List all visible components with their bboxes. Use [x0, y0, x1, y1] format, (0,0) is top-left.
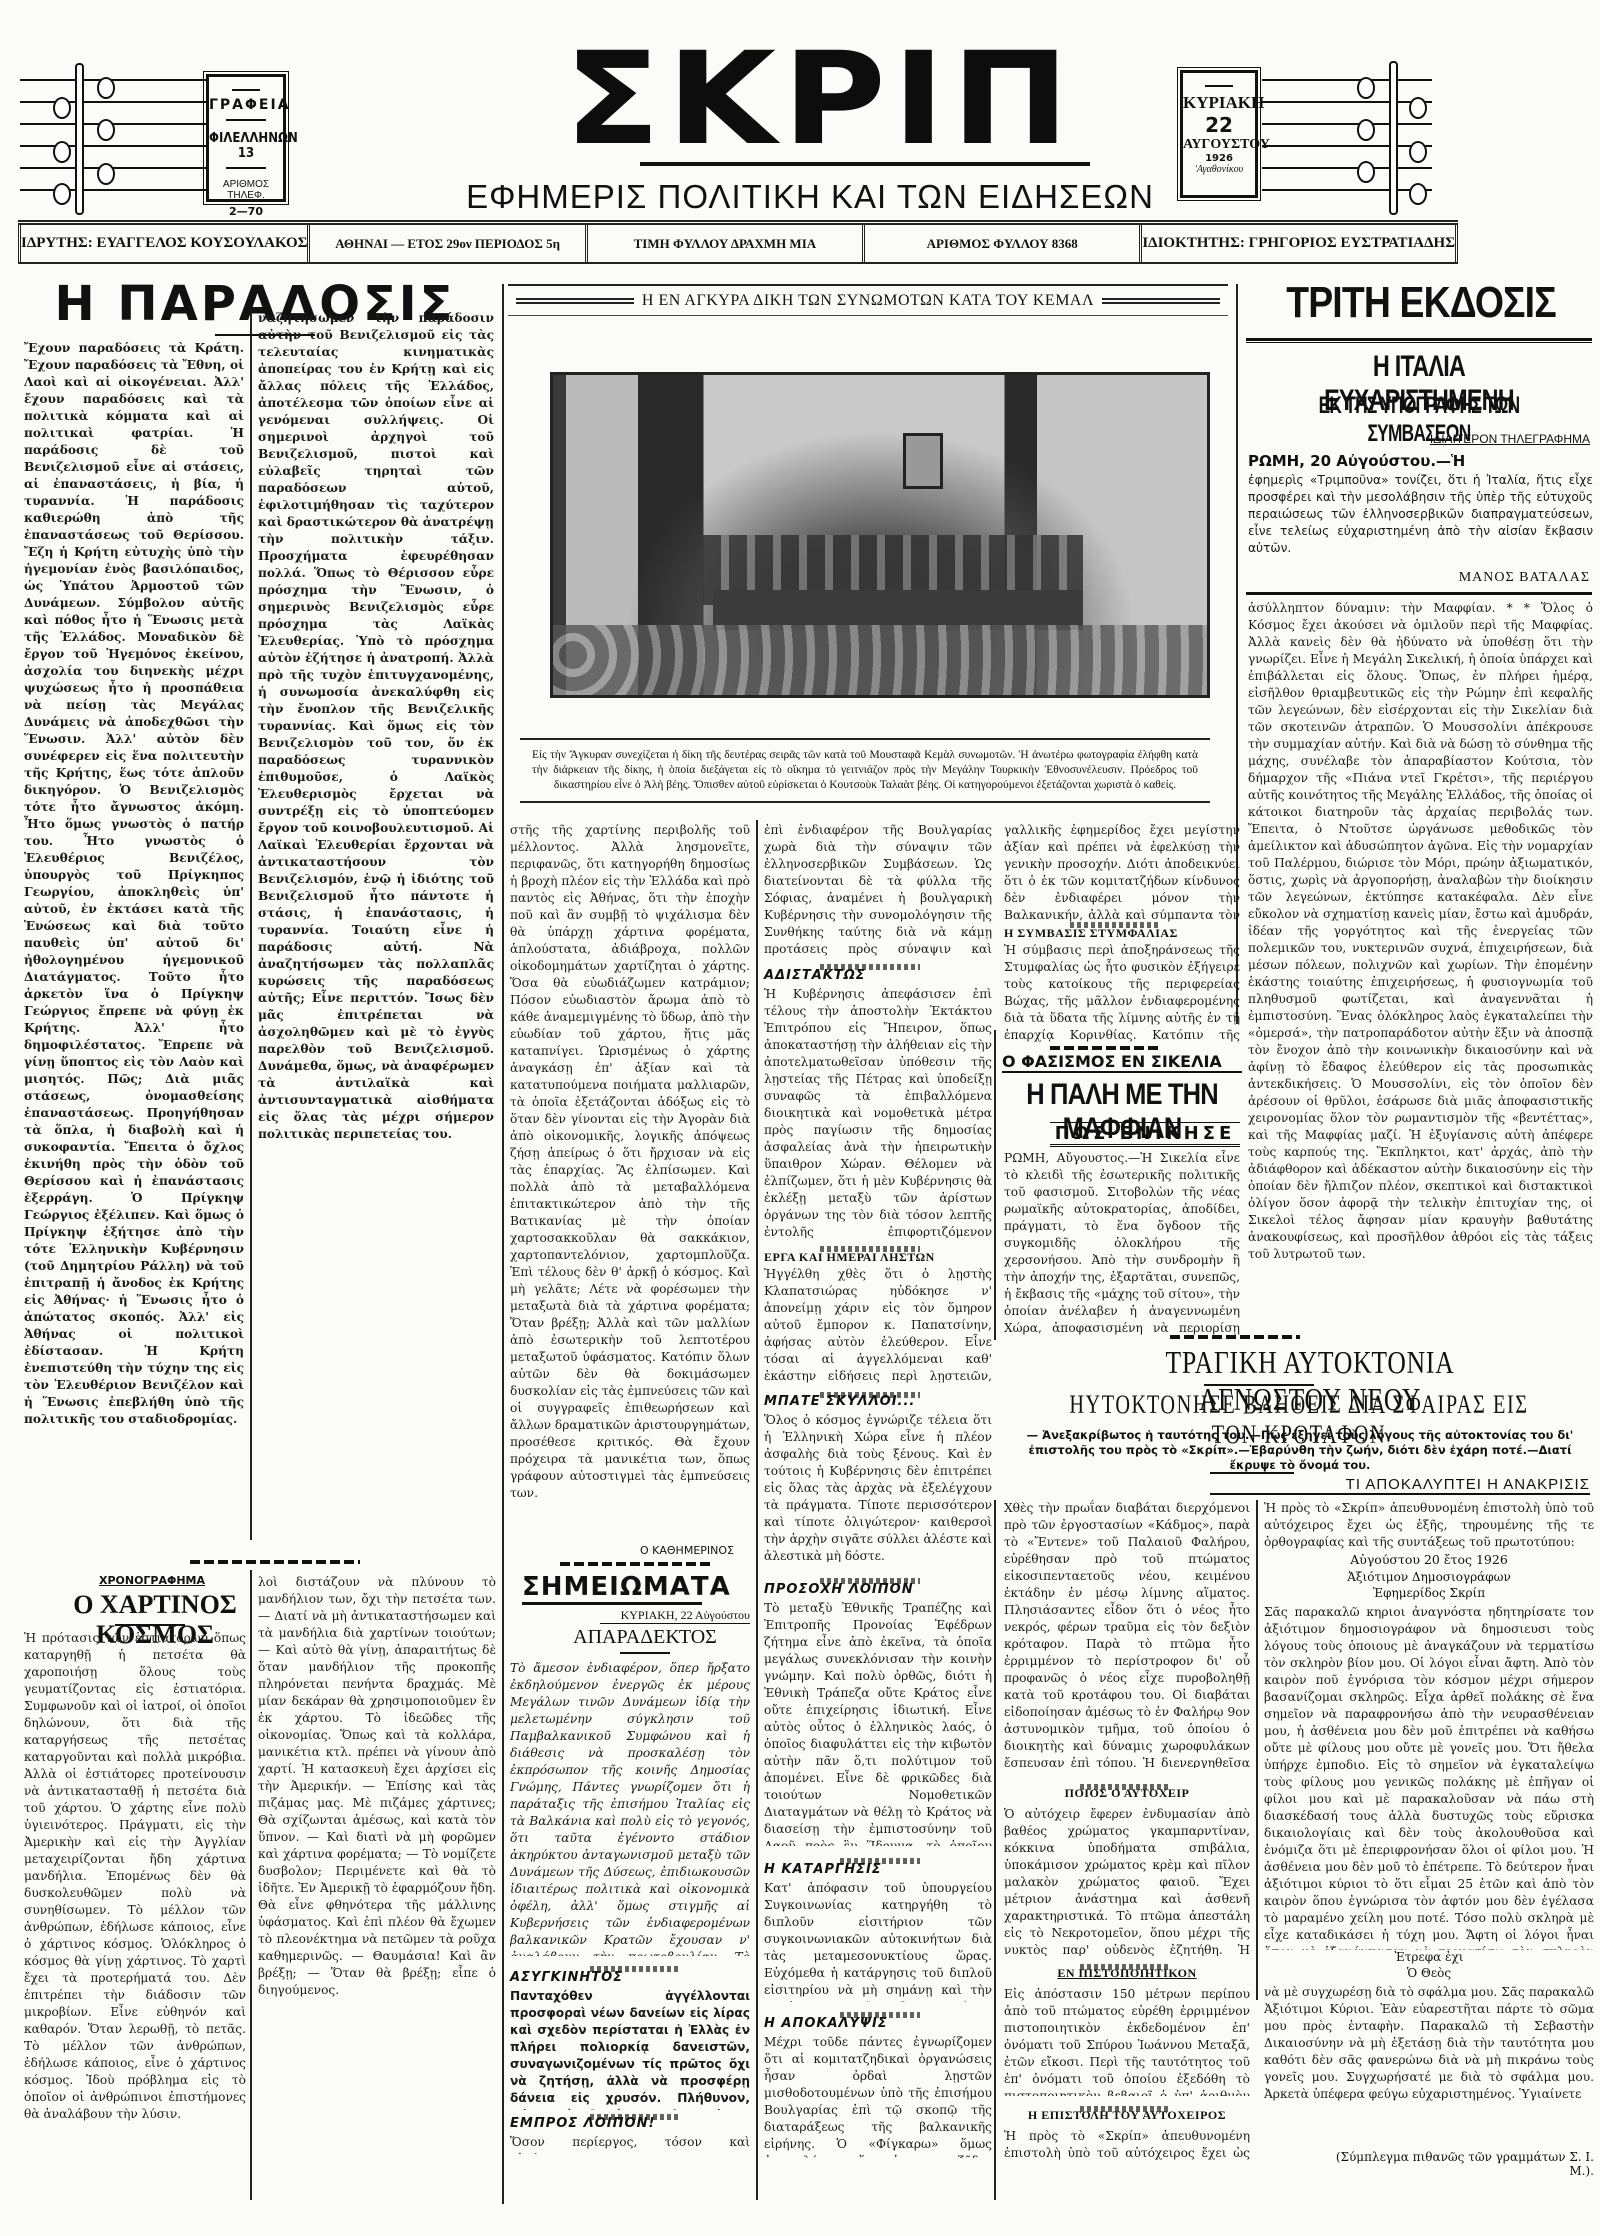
apokalypsis-body: Μέχρι τοῦδε πάντες ἐγνωρίζομεν ὅτι αἱ κο…: [764, 2034, 992, 2158]
paradosis-column-2: ναζητήσωμεν τὴν παράδοσιν αὐτὴν τοῦ Βενι…: [258, 310, 494, 1540]
courtroom-photo: [550, 372, 1210, 698]
stymfalia-body: Ἡ σύμβασις περὶ ἀποξηράνσεως τῆς Στυμφαλ…: [1004, 942, 1240, 1042]
ornament-divider: [1170, 1335, 1300, 1339]
newspaper-title: ΣΚΡΙΠ: [534, 40, 1106, 160]
subhead-forward-then: ΕΜΠΡΟΣ ΛΟΙΠΟΝ!: [510, 2116, 750, 2131]
subhead-investigation: ΤΙ ΑΠΟΚΑΛΥΠΤΕΙ Η ΑΝΑΚΡΙΣΙΣ: [1210, 1476, 1590, 1495]
adistaktos-body: Ἡ Κυβέρνησις ἀπεφάσισεν ἐπὶ τέλους τὴν ἀ…: [764, 986, 992, 1238]
subhead-erga-imerai: ΕΡΓΑ ΚΑΙ ΗΜΕΡΑΙ ΛΗΣΤΩΝ: [764, 1250, 992, 1265]
rome-dateline: ΡΩΜΗ, 20 Αὐγούστου.—Ἡ: [1248, 452, 1593, 470]
letter-intro-start: Ἡ πρὸς τὸ «Σκρίπ» ἀπευθυνομένη ἐπιστολὴ …: [1004, 2128, 1250, 2162]
letter-closing-2: Ὁ Θεὸς: [1264, 1966, 1594, 1980]
unacceptable-body: Τὸ ἄμεσον ἐνδιαφέρον, ὅπερ ἤρξατο ἐκδηλο…: [510, 1660, 750, 1956]
column-rule: [502, 284, 504, 2204]
telegram-kicker: ΙΔΙΑΙΤΕΡΟΝ ΤΗΛΕΓΡΑΦΗΜΑ: [1330, 432, 1590, 446]
suicide-deck: — Ἀνεξακρίβωτος ἡ ταυτότης του.—Πῶς ἐξηγ…: [1010, 1428, 1590, 1473]
notes-dateline: ΚΥΡΙΑΚΗ, 22 Αὐγούστου: [600, 1608, 750, 1624]
founder: ΙΔΡΥΤΗΣ: ΕΥΑΓΓΕΛΟΣ ΚΟΥΣΟΥΛΑΚΟΣ: [18, 225, 310, 262]
subhead-how-he-won: ΠΩΣ ΕΝΙΚΗΣΕ: [1050, 1122, 1240, 1147]
section-notes: ΣΗΜΕΙΩΜΑΤΑ: [522, 1572, 702, 1605]
paradosis-column-1: Ἔχουν παραδόσεις τὰ Κράτη. Ἔχουν παραδόσ…: [24, 340, 244, 1540]
mafia-continuation: ἀσύλληπτον δύναμιν: τὴν Μαφφίαν. * * Ὅλο…: [1248, 600, 1593, 1380]
letter-address-2: Ἐφημερίδος Σκρίπ: [1264, 1586, 1594, 1600]
bulgaria-intro: ἐπὶ ἐνδιαφέρον τῆς Βουλγαρίας χωρὰ διὰ τ…: [764, 822, 992, 958]
phone-label: ΑΡΙΘΜΟΣ ΤΗΛΕΦ.: [209, 179, 283, 201]
ornament-divider: [1050, 1046, 1160, 1050]
forward-then-body: Ὅσον περίεργος, τόσον καὶ εὐχάριστος: [510, 2134, 750, 2154]
column-rule: [756, 820, 758, 2200]
masthead-info-bar: ΙΔΡΥΤΗΣ: ΕΥΑΓΓΕΛΟΣ ΚΟΥΣΟΥΛΑΚΟΣ ΑΘΗΝΑΙ — …: [18, 220, 1458, 264]
fascism-body: ΡΩΜΗ, Αὔγουστος.—Ἡ Σικελία εἶνε τὸ κλειδ…: [1004, 1150, 1240, 1338]
column-rule: [250, 310, 252, 1540]
letter-date: Αὐγούστου 20 ἔτος 1926: [1264, 1552, 1594, 1567]
subhead-stymfalia: Η ΣΥΜΒΑΣΙΣ ΣΤΥΜΦΑΛΙΑΣ: [1004, 926, 1240, 941]
column-rule: [250, 1570, 252, 2200]
photo-feature-headline-bar: Η ΕΝ ΑΓΚΥΡΑ ΔΙΚΗ ΤΩΝ ΣΥΝΩΜΟΤΩΝ ΚΑΤΑ ΤΟΥ …: [508, 284, 1228, 316]
telegraph-pole-right-illustration: [1262, 58, 1452, 218]
headline-rule: [620, 1652, 670, 1654]
bulgaria-continuation: γαλλικῆς ἐφημερίδος ἔχει μεγίστην ἀξίαν …: [1004, 822, 1240, 922]
weekday: ΚΥΡΙΑΚΗ: [1183, 93, 1255, 113]
letter-ending: νὰ μὲ συγχωρέσῃ διὰ τὸ σφάλμα μου. Σᾶς π…: [1264, 1984, 1594, 2146]
subhead-mpate-skylloi: ΜΠΑΤΕ ΣΚΥΛΛΟΙ...: [764, 1394, 992, 1409]
wall-portrait: [903, 433, 943, 489]
katargisis-body: Κατ' ἀπόφασιν τοῦ ὑπουργείου Συγκοινωνία…: [764, 1880, 992, 2002]
fascism-kicker: Ο ΦΑΣΙΣΜΟΣ ΕΝ ΣΙΚΕΛΙΑ: [1002, 1052, 1242, 1073]
subhead-prosochi-loipon: ΠΡΟΣΟΧΗ ΛΟΙΠΟΝ: [764, 1582, 992, 1597]
court-bench: [713, 590, 1083, 630]
mpate-skylloi-body: Ὅλος ὁ κόσμος ἐγνώριζε τέλεια ὅτι ἡ Ἑλλη…: [764, 1412, 992, 1562]
subhead-adistaktos: ΑΔΙΣΤΑΚΤΩΣ: [764, 968, 992, 983]
issue-number: ΑΡΙΘΜΟΣ ΦΥΛΛΟΥ 8368: [865, 225, 1142, 262]
year: 1926: [1183, 153, 1255, 164]
certificate-body: Εἰς ἀπόστασιν 150 μέτρων περίπου ἀπὸ τοῦ…: [1004, 1986, 1250, 2096]
letter-closing-1: Ἐτρεφα ἐχι: [1264, 1950, 1594, 1964]
audience-figures: [553, 625, 1207, 695]
column-rule: [1256, 1500, 1258, 2000]
name-day: 'Αγαθονίκου: [1183, 164, 1255, 175]
ornament-divider: [560, 1562, 710, 1566]
letter-body: Σᾶς παρακαλῶ κηριοι ἀναγνόστα ηδητηρίσατ…: [1264, 1604, 1594, 1950]
headline-rule: [1246, 338, 1592, 343]
phone-number: 2—70: [209, 205, 283, 218]
headline-unacceptable: ΑΠΑΡΑΔΕΚΤΟΣ: [560, 1626, 730, 1649]
telegraph-pole-left-illustration: [18, 58, 208, 218]
photo-caption: Εἰς τὴν Ἄγκυραν συνεχίζεται ἡ δίκη τῆς δ…: [520, 738, 1210, 803]
month: ΑΥΓΟΥΣΤΟΥ: [1183, 137, 1255, 153]
paper-world-column-1: Ἡ πρότασις τῶν ἑστιατόρων ὅπως καταργηθῇ…: [24, 1630, 246, 2204]
prosochi-loipon-body: Τὸ μεταξὺ Ἐθνικῆς Τραπέζης καὶ Ἐπιτροπῆς…: [764, 1600, 992, 1846]
price: ΤΙΜΗ ΦΥΛΛΟΥ ΔΡΑΧΜΗ ΜΙΑ: [588, 225, 865, 262]
subhead-letter: Η ΕΠΙΣΤΟΛΗ ΤΟΥ ΑΥΤΟΧΕΙΡΟΣ: [1004, 2108, 1250, 2123]
edition-label: ΤΡΙΤΗ ΕΚΔΟΣΙΣ: [1271, 278, 1572, 328]
subhead-apokalypsis: Η ΑΠΟΚΑΛΥΨΙΣ: [764, 2016, 992, 2031]
offices-address: ΦΙΛΕΛΛΗΝΩΝ 13: [209, 131, 283, 161]
column-kicker-chronography: ΧΡΟΝΟΓΡΑΦΗΜΑ: [92, 1574, 212, 1587]
column-rule: [994, 1030, 996, 1340]
erga-imerai-body: Ἠγγέλθη χθὲς ὅτι ὁ λῃστὴς Κλαπατσιώρας η…: [764, 1266, 992, 1386]
letter-postscript: (Σύμπλεγμα πιθανῶς τῶν γραμμάτων Σ. Ι. Μ…: [1330, 2150, 1594, 2178]
date-box: ΚΥΡΙΑΚΗ 22 ΑΥΓΟΥΣΤΟΥ 1926 'Αγαθονίκου: [1180, 70, 1258, 198]
offices-box: ΓΡΑΦΕΙΑ ΦΙΛΕΛΛΗΝΩΝ 13 ΑΡΙΘΜΟΣ ΤΗΛΕΦ. 2—7…: [206, 74, 286, 202]
photo-feature-headline: Η ΕΝ ΑΓΚΥΡΑ ΔΙΚΗ ΤΩΝ ΣΥΝΩΜΟΤΩΝ ΚΑΤΑ ΤΟΥ …: [642, 292, 1094, 310]
victim-description: Ὁ αὐτόχειρ ἔφερεν ἐνδυμασίαν ἀπὸ βαθέος …: [1004, 1806, 1250, 1956]
letter-address-1: Ἀξιότιμον Δημοσιογράφων: [1264, 1570, 1594, 1584]
title-rule: [640, 162, 1090, 166]
signature-kathimerinos: Ο ΚΑΘΗΜΕΡΙΝΟΣ: [640, 1544, 750, 1557]
italy-telegram-body: ἐφημερὶς «Τριμποῦνα» τονίζει, ὅτι ἡ Ἰταλ…: [1248, 472, 1593, 572]
suicide-body: Χθὲς τὴν πρωΐαν διαβάται διερχόμενοι πρὸ…: [1004, 1500, 1250, 1768]
subhead-unmoved: ΑΣΥΓΚΙΝΗΤΟΣ: [510, 1970, 750, 1985]
deck-rule: [1210, 1472, 1294, 1474]
headline-rule: [1204, 1384, 1314, 1386]
newspaper-subtitle: ΕΦΗΜΕΡΙΣ ΠΟΛΙΤΙΚΗ ΚΑΙ ΤΩΝ ΕΙΔΗΣΕΩΝ: [460, 178, 1160, 216]
subhead-certificate: ΕΝ ΠΙΣΤΟΠΟΙΗΤΙΚΟΝ: [1004, 1966, 1250, 1981]
letter-intro: Ἡ πρὸς τὸ «Σκρίπ» ἀπευθυνομένη ἐπιστολὴ …: [1264, 1500, 1594, 1552]
column-rule: [994, 1500, 996, 2200]
year-period: ΑΘΗΝΑΙ — ΕΤΟΣ 29ον ΠΕΡΙΟΔΟΣ 5η: [310, 225, 587, 262]
day-number: 22: [1183, 113, 1255, 137]
chartinos-continuation: στῆς τῆς χαρτίνης περιβολῆς τοῦ μέλλοντο…: [510, 822, 750, 1542]
section-rule: [1246, 592, 1592, 596]
offices-label: ΓΡΑΦΕΙΑ: [209, 97, 283, 113]
unmoved-body: Πανταχόθεν ἀγγέλλονται προσφοραὶ νέων δα…: [510, 1988, 750, 2110]
subhead-katargisis: Η ΚΑΤΑΡΓΗΣΙΣ: [764, 1862, 992, 1877]
author-signature: ΜΑΝΟΣ ΒΑΤΑΛΑΣ: [1380, 570, 1590, 586]
owner: ΙΔΙΟΚΤΗΤΗΣ: ΓΡΗΓΟΡΙΟΣ ΕΥΣΤΡΑΤΙΑΔΗΣ: [1142, 225, 1458, 262]
subhead-who-was-victim: ΠΟΙΟΣ Ο ΑΥΤΟΧΕΙΡ: [1004, 1786, 1250, 1801]
paper-world-column-2: λοὶ διστάζουν νὰ πλύνουν τὸ μανδήλιον τω…: [258, 1574, 496, 2204]
headline-rule: [115, 1624, 185, 1626]
ornament-divider: [190, 1560, 360, 1564]
